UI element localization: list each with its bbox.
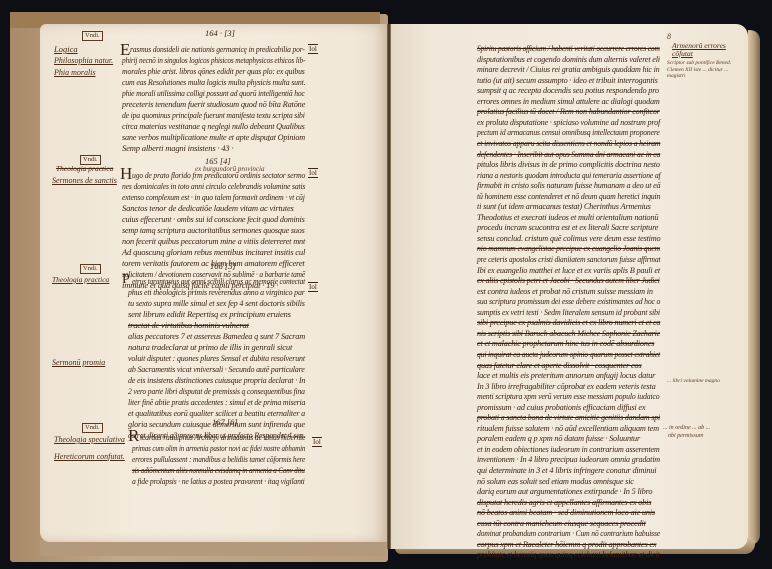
text-line: liter finē abiie pratis accedentes : sim… (128, 397, 305, 408)
text-line: defendentes · Inscribit aut opus Summa d… (477, 150, 660, 161)
margin-note-philosophia: Philosophia natur. (54, 56, 113, 65)
book-cover-bottom-edge (40, 540, 385, 556)
text-line: riana a nestoris quodam introducta qui t… (477, 171, 660, 182)
margin-note-theologia-practica: Theologia practica (52, 275, 109, 284)
text-line: tu sexto supra mille simul et sex fep 4 … (128, 298, 305, 309)
text-line: errores pullulassent : mandibus a belidi… (132, 454, 305, 465)
text-line: cuius effecerunt · ombs sui id conscione… (122, 214, 305, 225)
entry-initial: P (122, 272, 130, 288)
text-line: nō solum eas soluit sed etiam modus omni… (477, 477, 634, 488)
text-line: disputat heredis agris et appellantes af… (477, 498, 651, 509)
text-line: probati a sancta bona de virtute amiciti… (477, 413, 660, 424)
text-line: tutio (ut ait) secum assumpto · ideo et … (477, 76, 658, 87)
text-line: lace et multis eis preteritum annorum an… (477, 371, 655, 382)
text-line: primas cum olim in armenia pastor novi a… (132, 443, 305, 454)
text-line: nes dominicales in toto anni circulo cel… (122, 181, 305, 192)
text-line: ex aliis epistolis petri et Jacobi · Sec… (477, 276, 660, 287)
margin-note-hereticorum: Hereticorum confutat. (54, 452, 125, 461)
margin-box-marker: Vndi. (82, 423, 103, 433)
margin-box-marker: Vndi. (80, 264, 101, 274)
text-line: qui determinate in 3 et 4 libris infring… (477, 466, 656, 477)
text-line: voluit disputet : quones plures Sensal e… (128, 353, 305, 364)
text-line: inventionem · In 4 libro precipua iudeor… (477, 455, 660, 466)
text-line: qui inquirat ea aucta judeorum opinio qu… (477, 350, 660, 361)
entry-number: 167 [6] (212, 417, 238, 427)
text-line: nis scriptis sibi Baruch abacuch Michee … (477, 329, 660, 340)
text-line: preceteris tenendum fuerit studiosum quo… (122, 99, 305, 110)
text-line: semp tamq scriptura auctoritatibus sermo… (122, 225, 305, 236)
book-gutter (387, 24, 391, 549)
margin-note-moralis: Phia moralis (54, 68, 96, 77)
text-line: menti scriptura xpm verū verum esse mess… (477, 392, 659, 403)
margin-note-low-2: nbi permissum (668, 433, 703, 440)
text-line: icardus radulphus Archiepi armacanus ac … (140, 432, 305, 443)
text-line: phirij necnō in singulos logicos phisico… (122, 55, 305, 66)
text-line: ex proluta disputatione · spiciaso volum… (477, 118, 660, 129)
text-line: ritualem fuisse salutem · nō aūd excelle… (477, 424, 659, 435)
text-line: et et malachie prophetarum hinc tus in e… (477, 339, 654, 350)
entry-reference-tag: Iol (308, 168, 318, 178)
text-line: cosa tūt contra manicheum eiusque sequac… (477, 519, 646, 530)
margin-box-marker: Vndi. (82, 31, 103, 41)
text-line: Sanctos tenor de dedicatiōe laudem vitam… (122, 203, 294, 214)
entry-number: 164 · [3] (205, 28, 235, 38)
margin-note-mid: ... libri volumine magno (667, 378, 720, 385)
margin-note-sermonum-promia: Sermonū promia (52, 358, 105, 367)
text-line: tractat de virtutibus hominis vulnerat (128, 320, 249, 331)
text-line: circa materias vestitanae q neglegi null… (122, 121, 305, 132)
text-line: et in eodem obiectiones iudeorum in cont… (477, 445, 660, 456)
text-line: promissum · ad cuius probationis efficac… (477, 403, 645, 414)
text-line: probitate et heresiq quos quinq eciebant… (477, 550, 660, 561)
text-line: 2 vero parte libri disputat de premissis… (128, 386, 305, 397)
text-line: phus eti theologicis primis reverendus a… (128, 287, 305, 298)
text-line: sis adiōmentum aliis nonnulla exisdamq i… (132, 465, 305, 476)
margin-note-armenorum-errores: Armenorū errores cōfutat (672, 42, 747, 58)
text-line: rasmus donsideli aie nationis germanicę … (130, 44, 305, 55)
text-line: morales phie arist. libros qōnes edidit … (122, 66, 305, 77)
margin-note-sermones: Sermones de sanctis (52, 176, 117, 185)
text-line: nō beatos animi beatam · sed diminutione… (477, 508, 655, 519)
text-line: est contra iudeos et probat nō cristum s… (477, 287, 653, 298)
text-line: Theodotius et execrati iudeos et multi o… (477, 213, 658, 224)
text-line: pectum id armacanus censui omnibusq inte… (477, 128, 660, 139)
text-line: de eis insistens distinctiones cuiusque … (128, 375, 305, 386)
text-line: ab Sacramentis vicat vniversali · Secund… (128, 364, 305, 375)
entry-reference-tag: Iol (312, 437, 322, 447)
text-line: sensu conclud. cristum quē colimus vere … (477, 234, 660, 245)
text-line: natura tradeclarat ut primo de illis in … (128, 342, 292, 353)
margin-marker: 8 (667, 34, 671, 41)
margin-note-struck: Theologia practica (56, 164, 113, 173)
text-line: dariq eorum aut argumentationes extirpan… (477, 487, 652, 498)
text-line: disputationibus et cogendo dominis dum a… (477, 55, 660, 66)
text-line: cum eas Resolutiones multa logicis multa… (122, 77, 305, 88)
text-line: etrus tarantasius aut omni scibili claru… (132, 276, 305, 287)
right-page-edge (748, 30, 760, 545)
text-line: a fide prolapsis · ne latius a postea pr… (132, 476, 305, 487)
text-line: sua scriptura promissum dei esse debere … (477, 297, 660, 308)
text-line: pitulos libris divisus in de primo compl… (477, 160, 660, 171)
text-line: quas fatetur clare et aperte dissolvit ·… (477, 361, 642, 372)
text-line: firmabit in cristo solis naturam fuisse … (477, 181, 660, 192)
text-line: corpus xpm et Racaleter hōiemm q prodit … (477, 540, 656, 551)
entry-number: 166 [5] (210, 261, 236, 271)
text-line: ti sunt (ut idem armacanus testat) Cheri… (477, 202, 651, 213)
text-line: tū hominem esse contenderet et nō deum q… (477, 192, 660, 203)
text-line: ugo de prato florido frm predicatorū ord… (132, 170, 305, 181)
text-line: sent librum edidit Repertisq ex principi… (128, 309, 291, 320)
text-line: poralem eadem q p xpm nō datam fuisse · … (477, 434, 640, 445)
text-line: sane verbos multiplicatione multe et apt… (122, 132, 305, 143)
text-line: dominat probandum contrarium · Cum nō co… (477, 529, 660, 540)
text-line: errores omnes in medium simul attulere a… (477, 97, 660, 108)
margin-note-theologia-speculativa: Theologia speculativa (54, 435, 125, 444)
text-line: minare decrevit / Ciuius rei gratia ambi… (477, 65, 659, 76)
text-line: et invivatos apparu scita dissentiens et… (477, 139, 660, 150)
entry-reference-tag: Iol (308, 44, 318, 54)
text-line: In 3 libro irrefragabiliter cōprobat ex … (477, 382, 656, 393)
text-line: phie morali utilissima colligi possunt a… (122, 88, 305, 99)
text-line: extenso complexum est · in quo talem for… (122, 192, 305, 203)
text-line: de ipa quominus principale fuerunt manif… (122, 110, 305, 121)
text-line: sumpsit q ac recepta docendis seu potius… (477, 86, 659, 97)
text-line: pre ceteris apostolos cristi dianiiatem … (477, 255, 660, 266)
margin-note-low: ... in ordine ... ab ... (663, 425, 710, 432)
text-line: sibi precipue ex psalmis davidicis et ex… (477, 318, 660, 329)
margin-subnote: Scriptor sub pontifice Bened. Clemen XII… (667, 60, 745, 80)
text-line: prolatius facilius tū docet / Rem non ha… (477, 107, 660, 118)
margin-note-logica: Logica (54, 44, 78, 54)
text-line: alias peccatores 7 et assereus Bamedea q… (128, 331, 305, 342)
text-line: nio mamnum evangelistae precipue ex euan… (477, 244, 660, 255)
text-line: non fecerit quibus peccatorum mine a vit… (122, 236, 305, 247)
text-line: sumptis ex vetri testi · Sedm literalem … (477, 308, 660, 319)
text-line: Semp alberti magni insistens · 43 · (122, 143, 233, 154)
text-line: Ibi ex euangelio matthei et luce et ex v… (477, 266, 660, 277)
text-line: procedu incram scucontra est et ex liter… (477, 223, 658, 234)
text-line: Ad quoscunq gloriam rebus mentibus incit… (122, 247, 305, 258)
text-line: Spiritu pastoris officium / habenti veri… (477, 44, 660, 55)
entry-reference-tag: Iol (308, 282, 318, 292)
